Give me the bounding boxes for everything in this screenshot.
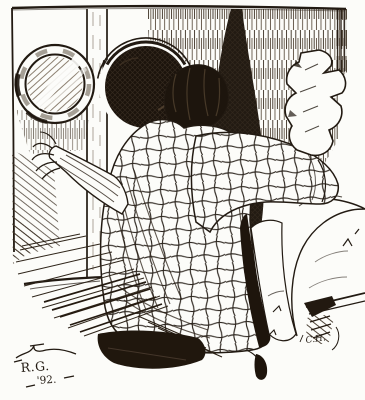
illustration-canvas: R.G. '92. C.H. [0, 0, 365, 400]
engraving-illustration: R.G. '92. C.H. [0, 0, 365, 400]
wall-dark-edge [336, 9, 347, 78]
signature-monogram: R.G. [20, 358, 50, 375]
signature-year: '92. [36, 374, 56, 387]
porthole-left [16, 45, 94, 154]
